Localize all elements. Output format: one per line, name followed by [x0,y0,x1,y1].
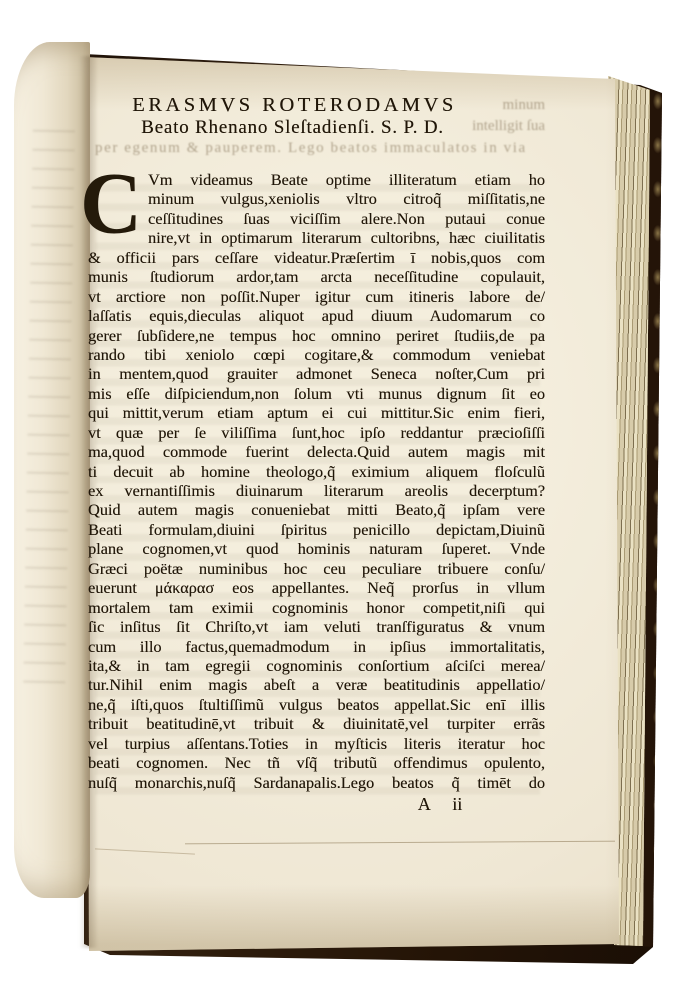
text-line: munis ſtudiorum ardor,tam arcta neceſſit… [88,267,545,286]
page-subtitle: Beato Rhenano Sleſtadienſi. S. P. D. [88,117,545,139]
text-line: rando tibi xeniolo cœpi cogitare,& commo… [88,345,545,364]
text-line: Beati formulam,diuini ſpiritus penicillo… [88,520,545,539]
text-line: ita,& in tam egregii cognominis conſorti… [88,656,545,675]
text-line: qui mittit,verum etiam aptum ei cui mitt… [88,403,545,422]
text-line: plane cognomen,vt quod hominis naturam ſ… [88,539,545,558]
text-line: & officii pars ceſſare videatur.Præſerti… [88,248,545,267]
text-line: ma,quod commode fuerint delecta.Quid aut… [88,442,545,461]
text-line: tur.Nihil enim magis abeſt a veræ beatit… [88,675,545,694]
text-line: Vm videamus Beate optime illiteratum eti… [88,170,545,189]
text-line: Quid autem magis conueniebat mitti Beato… [88,500,545,519]
page-title: ERASMVS ROTERODAMVS [88,94,545,117]
text-line: nire,vt in optimarum literarum cultoribn… [88,228,545,247]
text-line: tribuit beatitudinē,vt tribuit & diuinit… [88,714,545,733]
text-line: euerunt μάκαρασ eos appellantes. Neq̃ pr… [88,578,545,597]
text-line: ceſſitudines ſuas viciſſim alere.Non put… [88,209,545,228]
text-line: beati cognomen. Nec tñ vſq̃ tributũ offe… [88,753,545,772]
text-line: ſic inſitus ſit Chriſto,vt iam veluti tr… [88,617,545,636]
text-line: ex vernantiſſimis diuinarum literarum ar… [88,481,545,500]
text-line: ti decuit ab homine theologo,q̃ eximium … [88,462,545,481]
book-photograph: minum intelligit ſua per egenum & pauper… [0,0,700,1000]
quire-signature: A ii [350,794,530,815]
text-line: vt arctiore non poſſit.Nuper igitur cum … [88,287,545,306]
text-line: nuſq̃ monarchis,nuſq̃ Sardanapalis.Lego … [88,773,545,792]
text-line: minum vulgus,xeniolis vltro citroq̃ miſſ… [88,189,545,208]
text-line: ne,q̃ iſti,quos ſtultiſſimũ vulgus beato… [88,695,545,714]
text-line: laſſatis equis,dieculas aliquot apud diu… [88,306,545,325]
text-line: cum illo factus,quemadmodum in ipſius im… [88,637,545,656]
drop-cap-initial: C [80,171,142,230]
text-line: mortalem tam eximii cognominis honor com… [88,598,545,617]
text-line: Græci poëtæ numinibus hoc ceu peculiare … [88,559,545,578]
text-line: gerer ſubſidere,ne tempus hoc omnino per… [88,326,545,345]
text-line: in mentem,quod grauiter admonet Seneca n… [88,364,545,383]
text-line: mis eſſe diſpiciendum,non ſolum vti munu… [88,384,545,403]
printed-text-block: ERASMVS ROTERODAMVS Beato Rhenano Sleſta… [88,0,545,1000]
body-text: C Vm videamus Beate optime illiteratum e… [88,170,545,792]
text-line: vel turpius aſſentans.Toties in myſticis… [88,734,545,753]
text-line: vt quæ per ſe viliſſima ſunt,hoc ipſo re… [88,423,545,442]
